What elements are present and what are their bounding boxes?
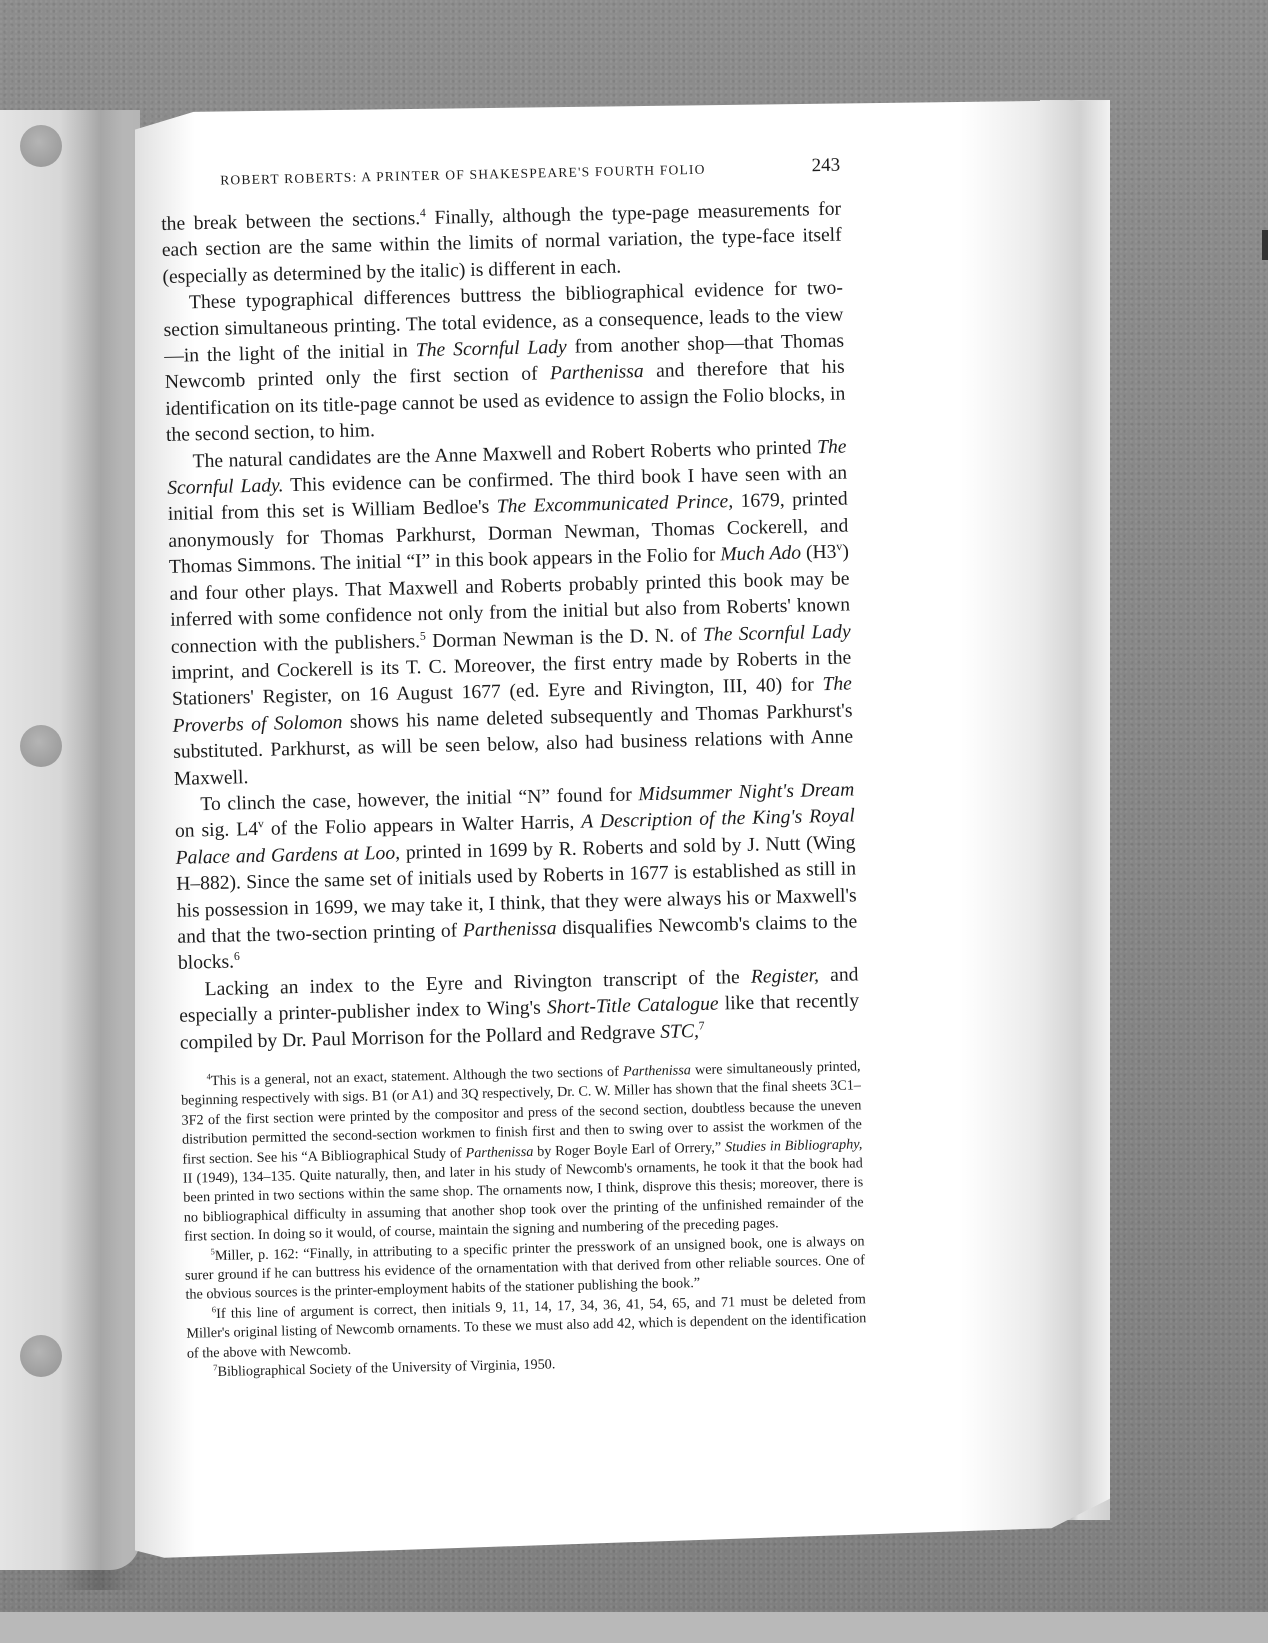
italic-title: Parthenissa bbox=[465, 1143, 533, 1161]
paragraph: These typographical differences buttress… bbox=[163, 276, 846, 450]
page-number: 243 bbox=[811, 155, 840, 178]
footnotes: 4This is a general, not an exact, statem… bbox=[180, 1057, 867, 1383]
italic-title: Much Ado bbox=[720, 543, 801, 566]
italic-title: Parthenissa bbox=[623, 1062, 691, 1080]
binder-hole-icon bbox=[20, 125, 62, 167]
page-right-shade bbox=[960, 100, 1110, 1580]
italic-title: The Scornful Lady bbox=[416, 337, 567, 361]
text-run: of the Folio appears in Walter Harris, bbox=[264, 812, 582, 840]
paragraph: the break between the sections.4 Finally… bbox=[161, 197, 843, 292]
italic-title: Studies in Bibliography, bbox=[725, 1136, 863, 1155]
binder-hole-icon bbox=[20, 1335, 62, 1377]
right-edge-tab bbox=[1262, 230, 1268, 260]
italic-title: Midsummer Night's Dream bbox=[638, 779, 854, 805]
text-run: imprint, and Cockerell is its T. C. More… bbox=[171, 647, 851, 710]
footnote: 4This is a general, not an exact, statem… bbox=[180, 1057, 864, 1247]
footnote-marker: 7 bbox=[699, 1019, 705, 1032]
paragraph: To clinch the case, however, the initial… bbox=[174, 777, 858, 977]
text-run: (H3 bbox=[801, 542, 837, 564]
paragraph: The natural candidates are the Anne Maxw… bbox=[166, 434, 854, 793]
body-text: the break between the sections.4 Finally… bbox=[161, 197, 860, 1057]
text-run: by Roger Boyle Earl of Orrery,” bbox=[533, 1139, 725, 1159]
italic-title: Short-Title Catalogue bbox=[547, 994, 719, 1019]
italic-title: The Excommunicated Prince, bbox=[497, 492, 734, 518]
text-run: the break between the sections. bbox=[161, 208, 420, 235]
italic-title: Register, bbox=[751, 965, 819, 988]
paragraph: Lacking an index to the Eyre and Rivingt… bbox=[178, 962, 860, 1057]
italic-title: The Scornful Lady bbox=[703, 621, 851, 645]
page-text-block: Robert Roberts: A Printer of Shakespeare… bbox=[160, 155, 867, 1384]
italic-title: STC, bbox=[660, 1021, 699, 1043]
italic-title: Parthenissa bbox=[550, 362, 644, 385]
text-run: Dorman Newman is the D. N. of bbox=[426, 624, 704, 651]
text-run: on sig. L4 bbox=[175, 819, 258, 842]
italic-title: Parthenissa bbox=[463, 918, 557, 941]
text-run: II (1949), 134–135. Quite naturally, the… bbox=[183, 1155, 864, 1245]
scanner-bed-edge bbox=[0, 1612, 1268, 1643]
footnote-marker: 6 bbox=[234, 950, 240, 963]
binder-hole-icon bbox=[20, 725, 62, 767]
